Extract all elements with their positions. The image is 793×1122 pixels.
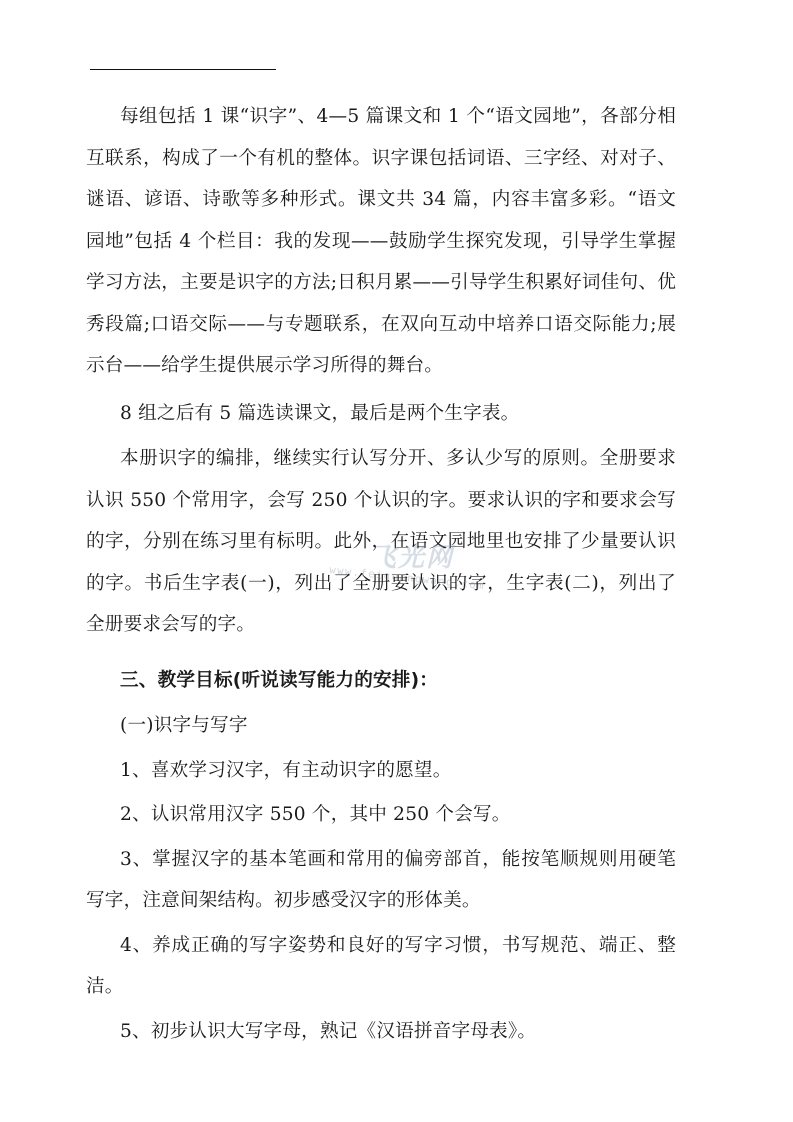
- goal-list-item-1: 1、喜欢学习汉字，有主动识字的愿望。: [86, 750, 676, 792]
- document-body: 每组包括 1 课“识字”、4—5 篇课文和 1 个“语文园地”，各部分相互联系，…: [86, 96, 676, 1052]
- paragraph-optional-readings: 8 组之后有 5 篇选读课文，最后是两个生字表。: [86, 393, 676, 435]
- goal-list-item-3: 3、掌握汉字的基本笔画和常用的偏旁部首，能按笔顺规则用硬笔写字，注意间架结构。初…: [86, 839, 676, 922]
- header-separator-rule: [90, 69, 276, 70]
- subsection-heading-literacy-writing: (一)识字与写字: [86, 705, 676, 747]
- section-heading-teaching-goals: 三、教学目标(听说读写能力的安排)：: [86, 660, 676, 702]
- paragraph-literacy-arrangement: 本册识字的编排，继续实行认写分开、多认少写的原则。全册要求认识 550 个常用字…: [86, 438, 676, 646]
- goal-list-item-2: 2、认识常用汉字 550 个，其中 250 个会写。: [86, 794, 676, 836]
- paragraph-unit-structure: 每组包括 1 课“识字”、4—5 篇课文和 1 个“语文园地”，各部分相互联系，…: [86, 96, 676, 387]
- goal-list-item-5: 5、初步认识大写字母，熟记《汉语拼音字母表》。: [86, 1011, 676, 1053]
- goal-list-item-4: 4、养成正确的写字姿势和良好的写字习惯，书写规范、端正、整洁。: [86, 925, 676, 1008]
